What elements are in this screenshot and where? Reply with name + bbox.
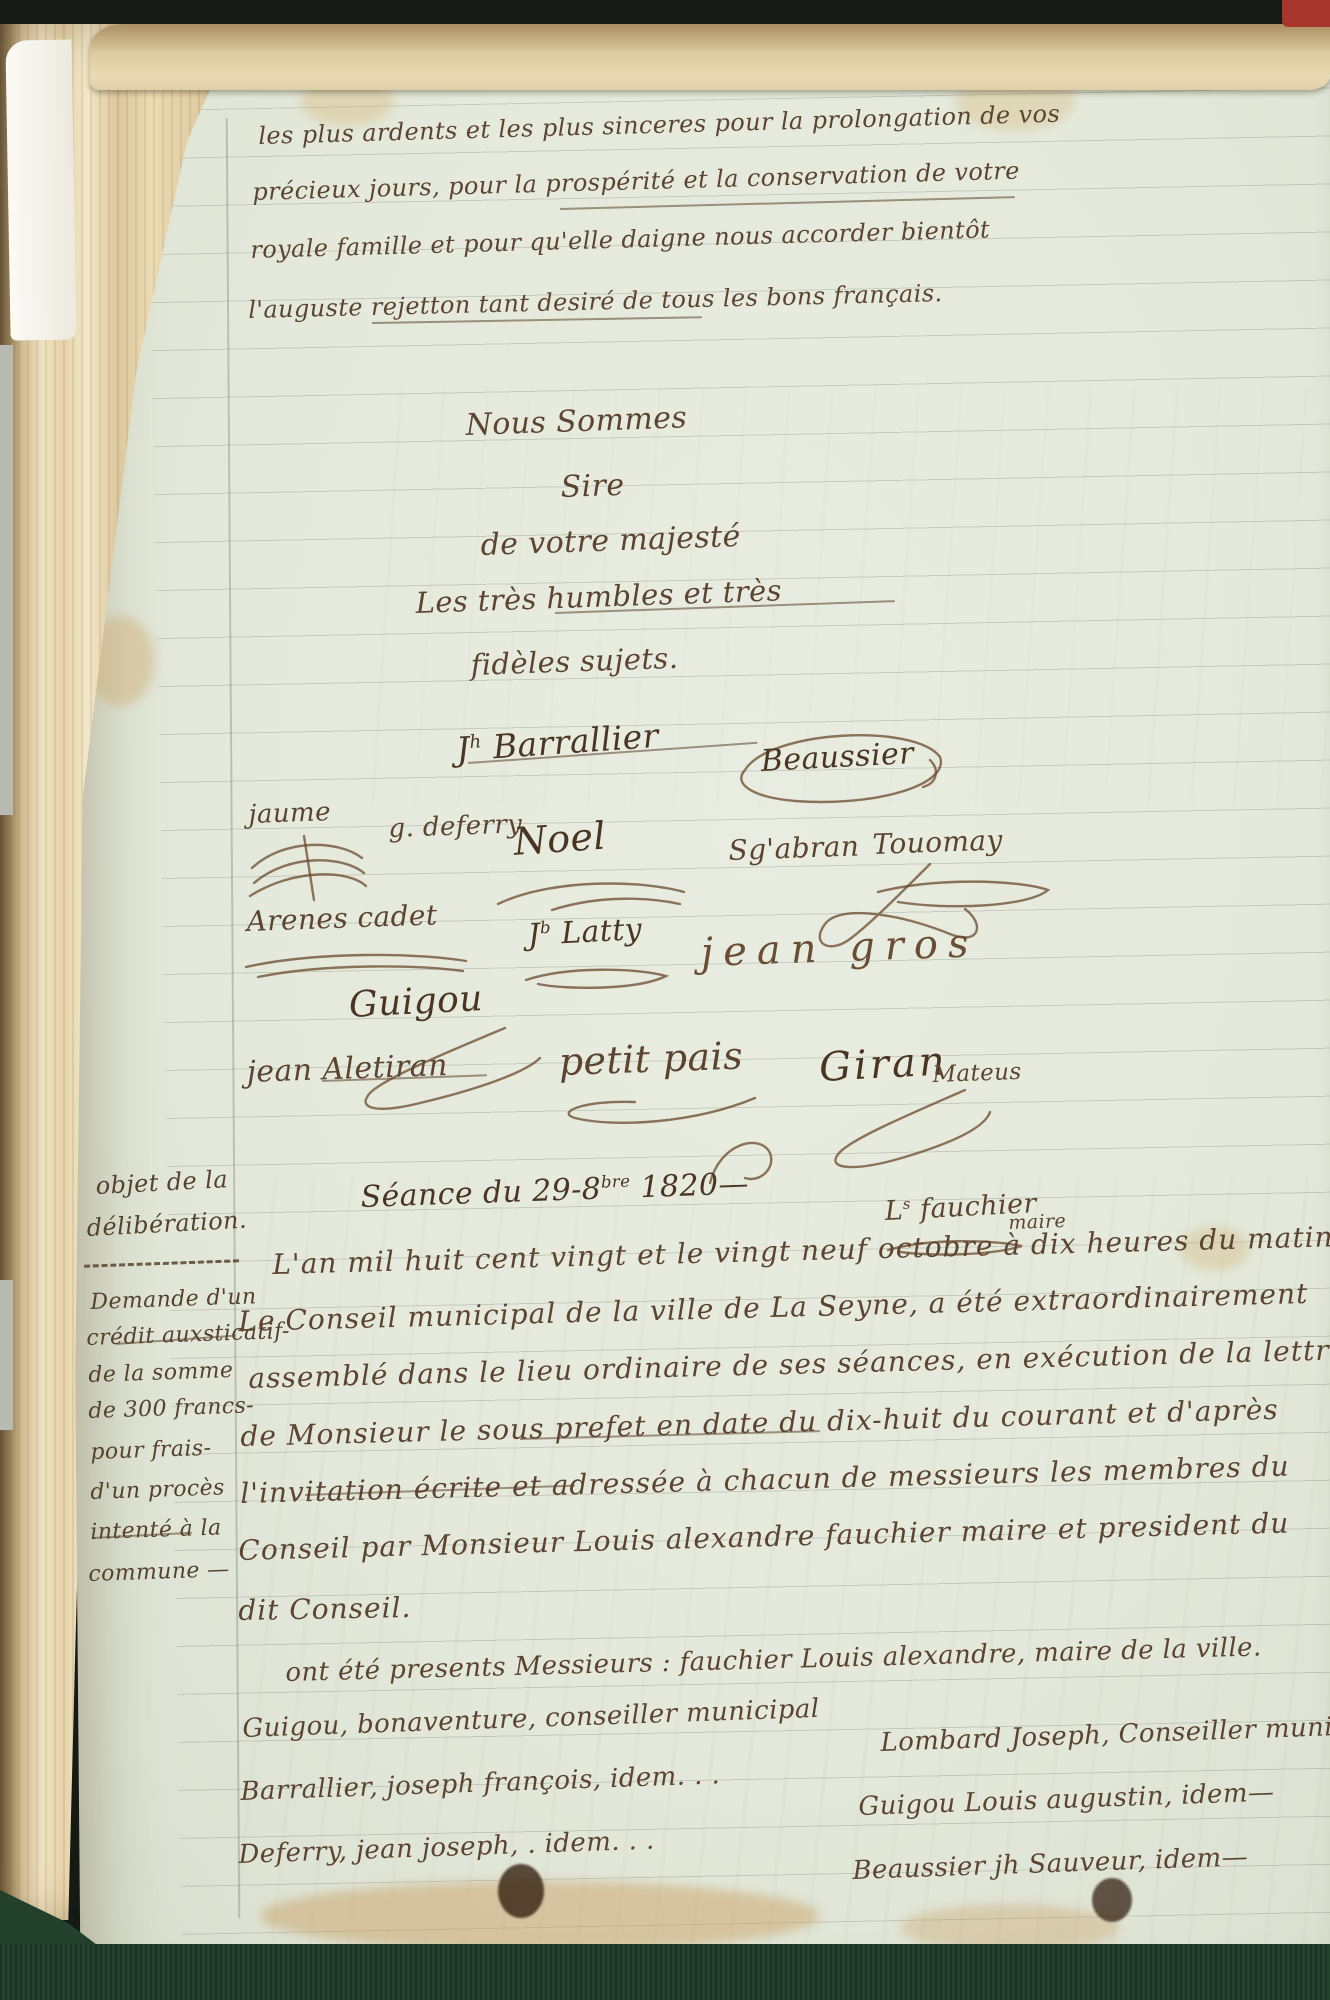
top-page-edges-band: [90, 24, 1330, 90]
signature-latty: Jb Latty: [527, 912, 643, 953]
margin-request-line: d'un procès: [90, 1475, 225, 1505]
signature-deferry: g. deferry: [388, 809, 523, 844]
closing-line: fidèles sujets.: [470, 641, 679, 682]
arenes-paraph: [238, 945, 473, 985]
signature-gros: jean gros: [700, 920, 979, 976]
jaume-paraph: [244, 828, 374, 906]
gray-sheet-edge: [0, 1280, 13, 1430]
touomay-paraph: [868, 872, 1058, 922]
binding-cloth-bottom: [0, 1944, 1330, 2000]
signature-touomay: Touomay: [872, 823, 1003, 861]
closing-line: Sire: [560, 468, 625, 505]
manuscript-photo: les plus ardents et les plus sinceres po…: [0, 0, 1330, 2000]
ink-blot: [1092, 1878, 1132, 1922]
signature-text: L: [884, 1195, 904, 1227]
signature-arenes: Arenes cadet: [246, 898, 438, 938]
gray-sheet-edge: [0, 345, 13, 815]
signature-text: Latty: [550, 912, 643, 952]
white-sheet-corner: [5, 39, 76, 340]
signature-noel: Noel: [512, 814, 607, 864]
noel-paraph: [492, 874, 692, 918]
signature-aletiran: jean Aletiran: [246, 1048, 448, 1090]
body-line: dit Conseil.: [238, 1591, 412, 1627]
heading-superscript: bre: [601, 1172, 631, 1192]
ink-blot: [498, 1864, 544, 1918]
signature-petit: petit pais: [558, 1034, 744, 1084]
heading-text: 1820—: [630, 1166, 749, 1205]
margin-request-line: de la somme: [88, 1358, 234, 1388]
red-archive-tab: [1282, 0, 1330, 27]
giran-paraph: [795, 1082, 995, 1172]
signature-guigou: Guigou: [348, 978, 484, 1026]
latty-paraph: [518, 962, 673, 998]
margin-request-line: pour frais-: [90, 1436, 212, 1465]
signature-abran: Sg'abran: [728, 829, 860, 867]
margin-request-line: intenté à la: [90, 1515, 222, 1545]
signature-giran: Giran: [818, 1038, 949, 1091]
signature-mateus: Mateus: [932, 1059, 1022, 1088]
signature-jaume: jaume: [248, 797, 331, 830]
margin-request-line: commune —: [88, 1557, 230, 1587]
